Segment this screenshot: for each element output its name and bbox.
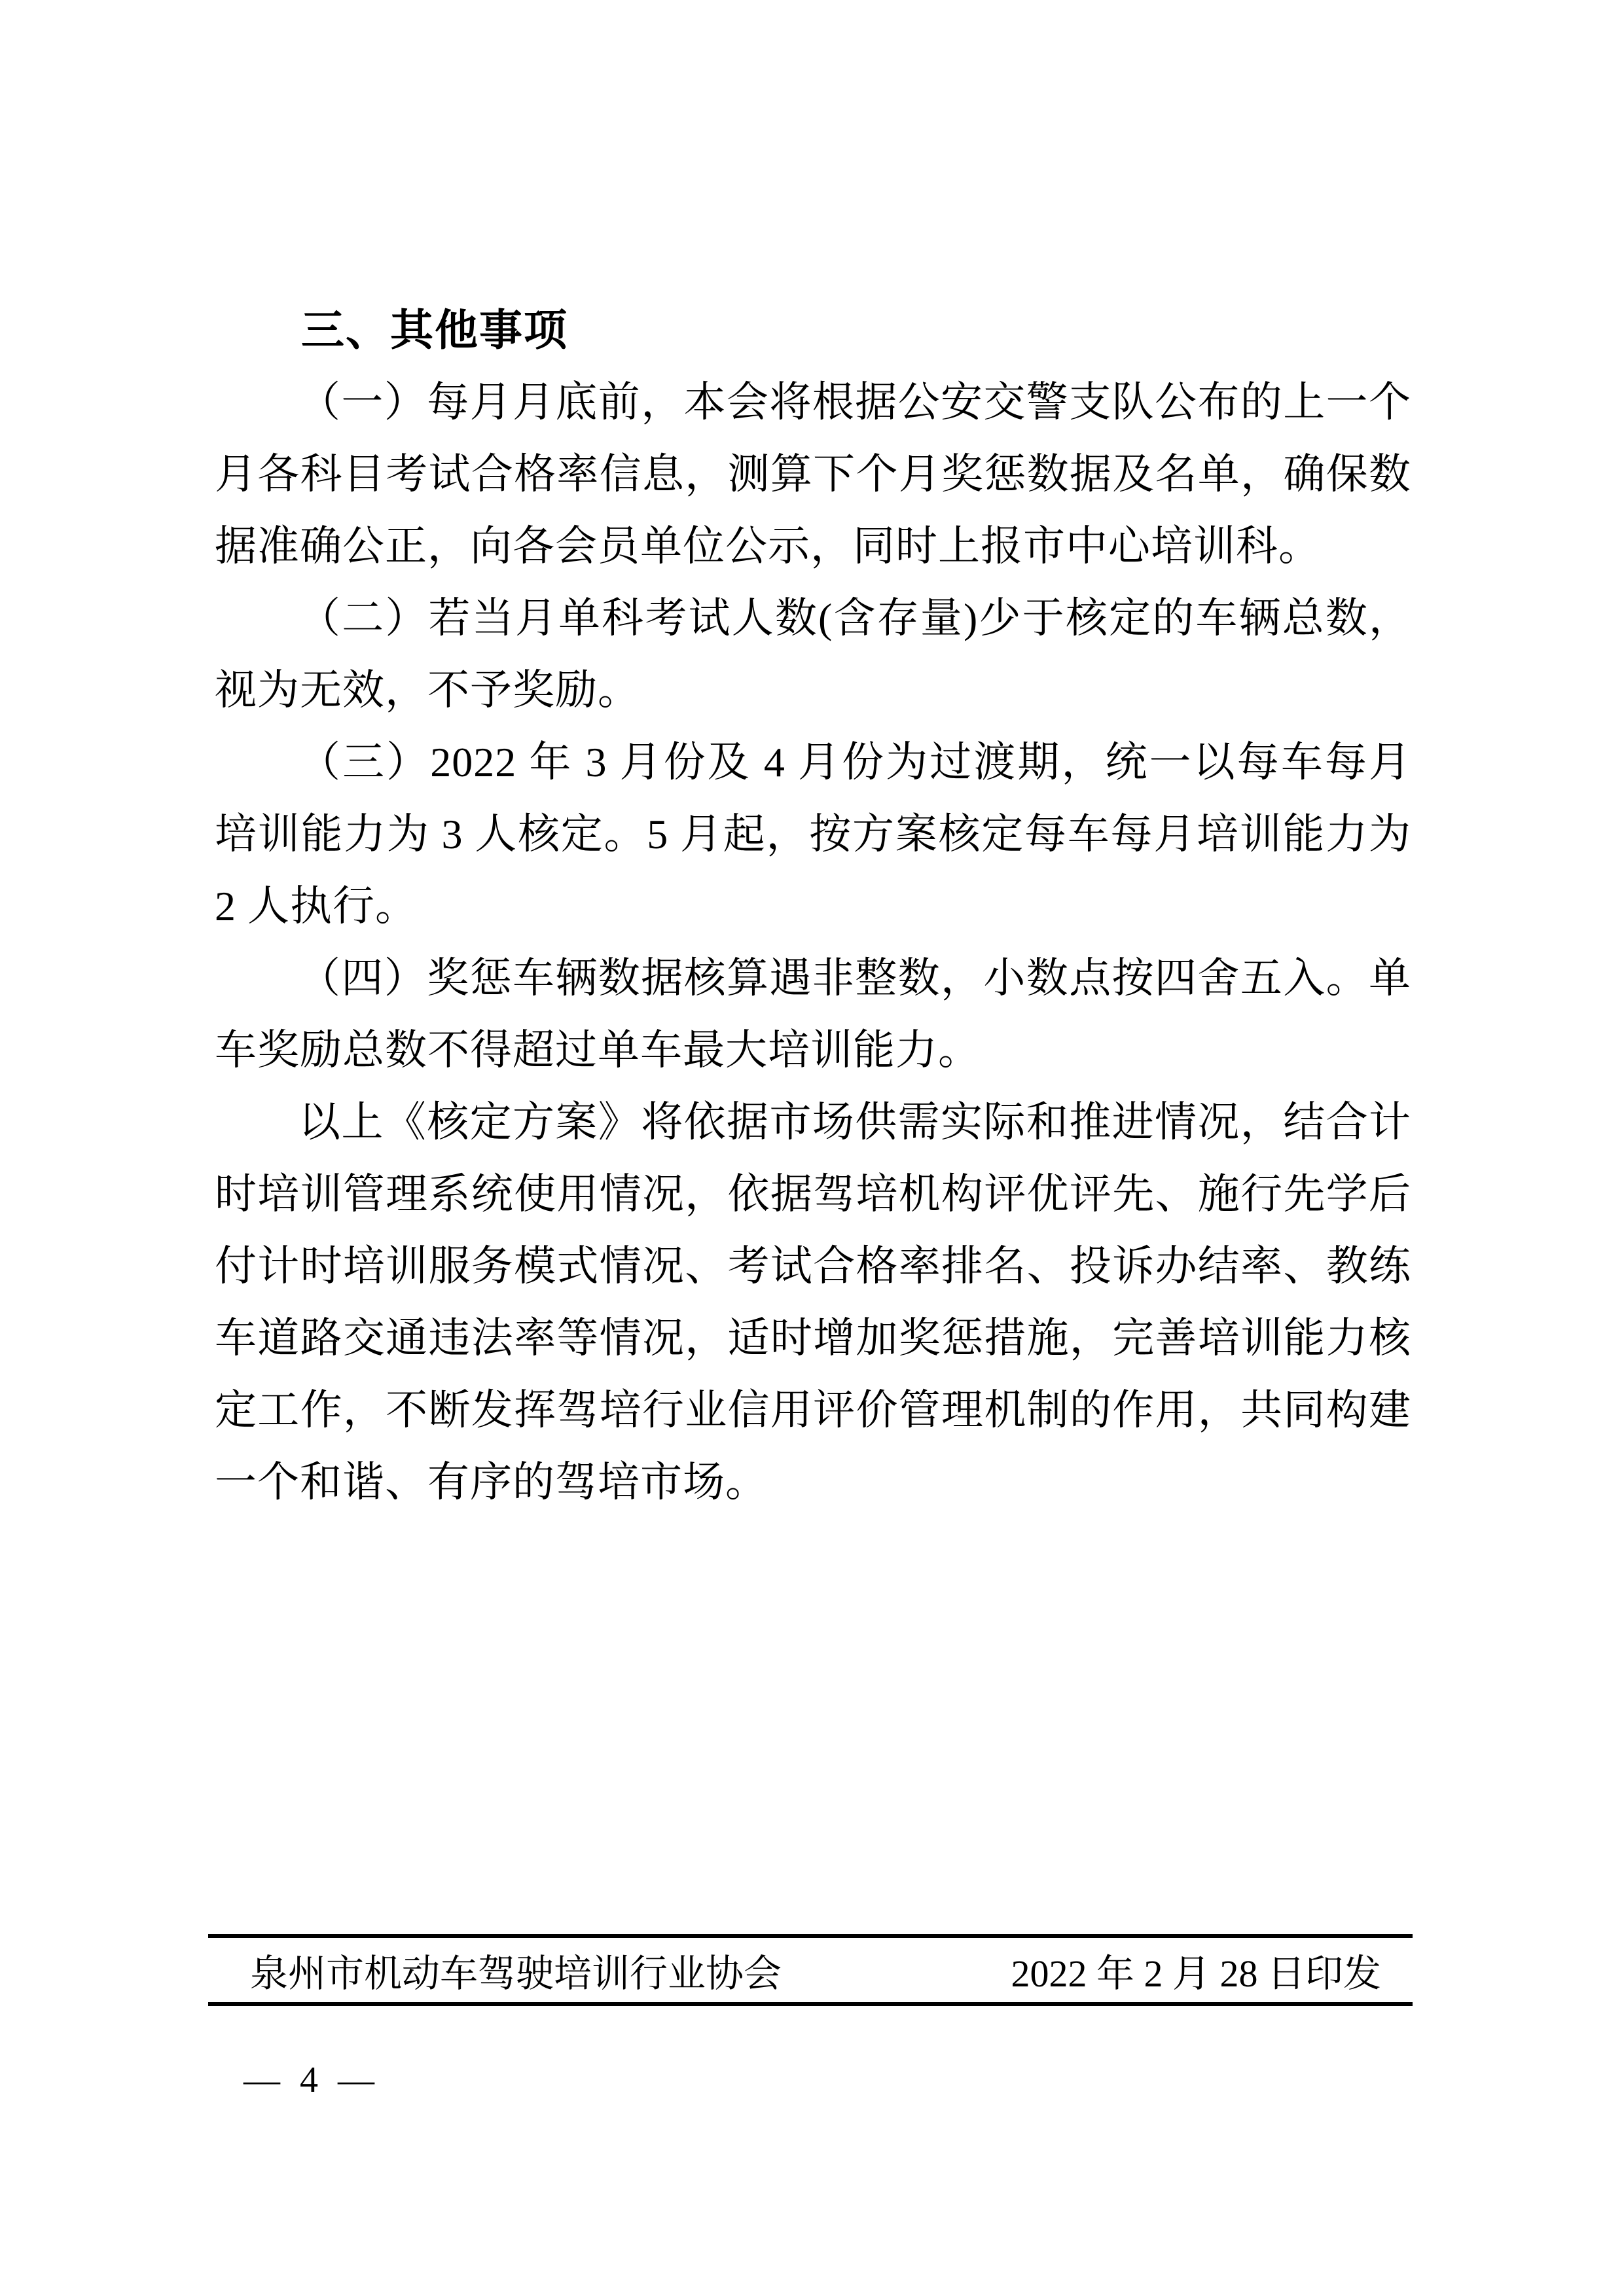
document-body: 三、其他事项 （一）每月月底前，本会将根据公安交警支队公布的上一个月各科目考试合…: [215, 293, 1411, 1518]
issuing-organization: 泉州市机动车驾驶培训行业协会: [250, 1943, 782, 1998]
paragraph-item-4: （四）奖惩车辆数据核算遇非整数，小数点按四舍五入。单车奖励总数不得超过单车最大培…: [215, 942, 1411, 1086]
footer-bottom-rule: [208, 2002, 1413, 2006]
print-date: 2022 年 2 月 28 日印发: [1011, 1943, 1381, 1998]
paragraph-item-2: （二）若当月单科考试人数(含存量)少于核定的车辆总数，视为无效，不予奖励。: [215, 583, 1411, 726]
document-page: 三、其他事项 （一）每月月底前，本会将根据公安交警支队公布的上一个月各科目考试合…: [0, 0, 1624, 2296]
paragraph-item-3: （三）2022 年 3 月份及 4 月份为过渡期，统一以每车每月培训能力为 3 …: [215, 726, 1411, 942]
page-number: — 4 —: [244, 2059, 380, 2101]
section-heading: 三、其他事项: [215, 293, 1411, 367]
footer-row: 泉州市机动车驾驶培训行业协会 2022 年 2 月 28 日印发: [208, 1938, 1413, 2002]
page-footer: 泉州市机动车驾驶培训行业协会 2022 年 2 月 28 日印发: [208, 1934, 1413, 2006]
paragraph-item-1: （一）每月月底前，本会将根据公安交警支队公布的上一个月各科目考试合格率信息，测算…: [215, 367, 1411, 583]
paragraph-closing: 以上《核定方案》将依据市场供需实际和推进情况，结合计时培训管理系统使用情况，依据…: [215, 1086, 1411, 1518]
